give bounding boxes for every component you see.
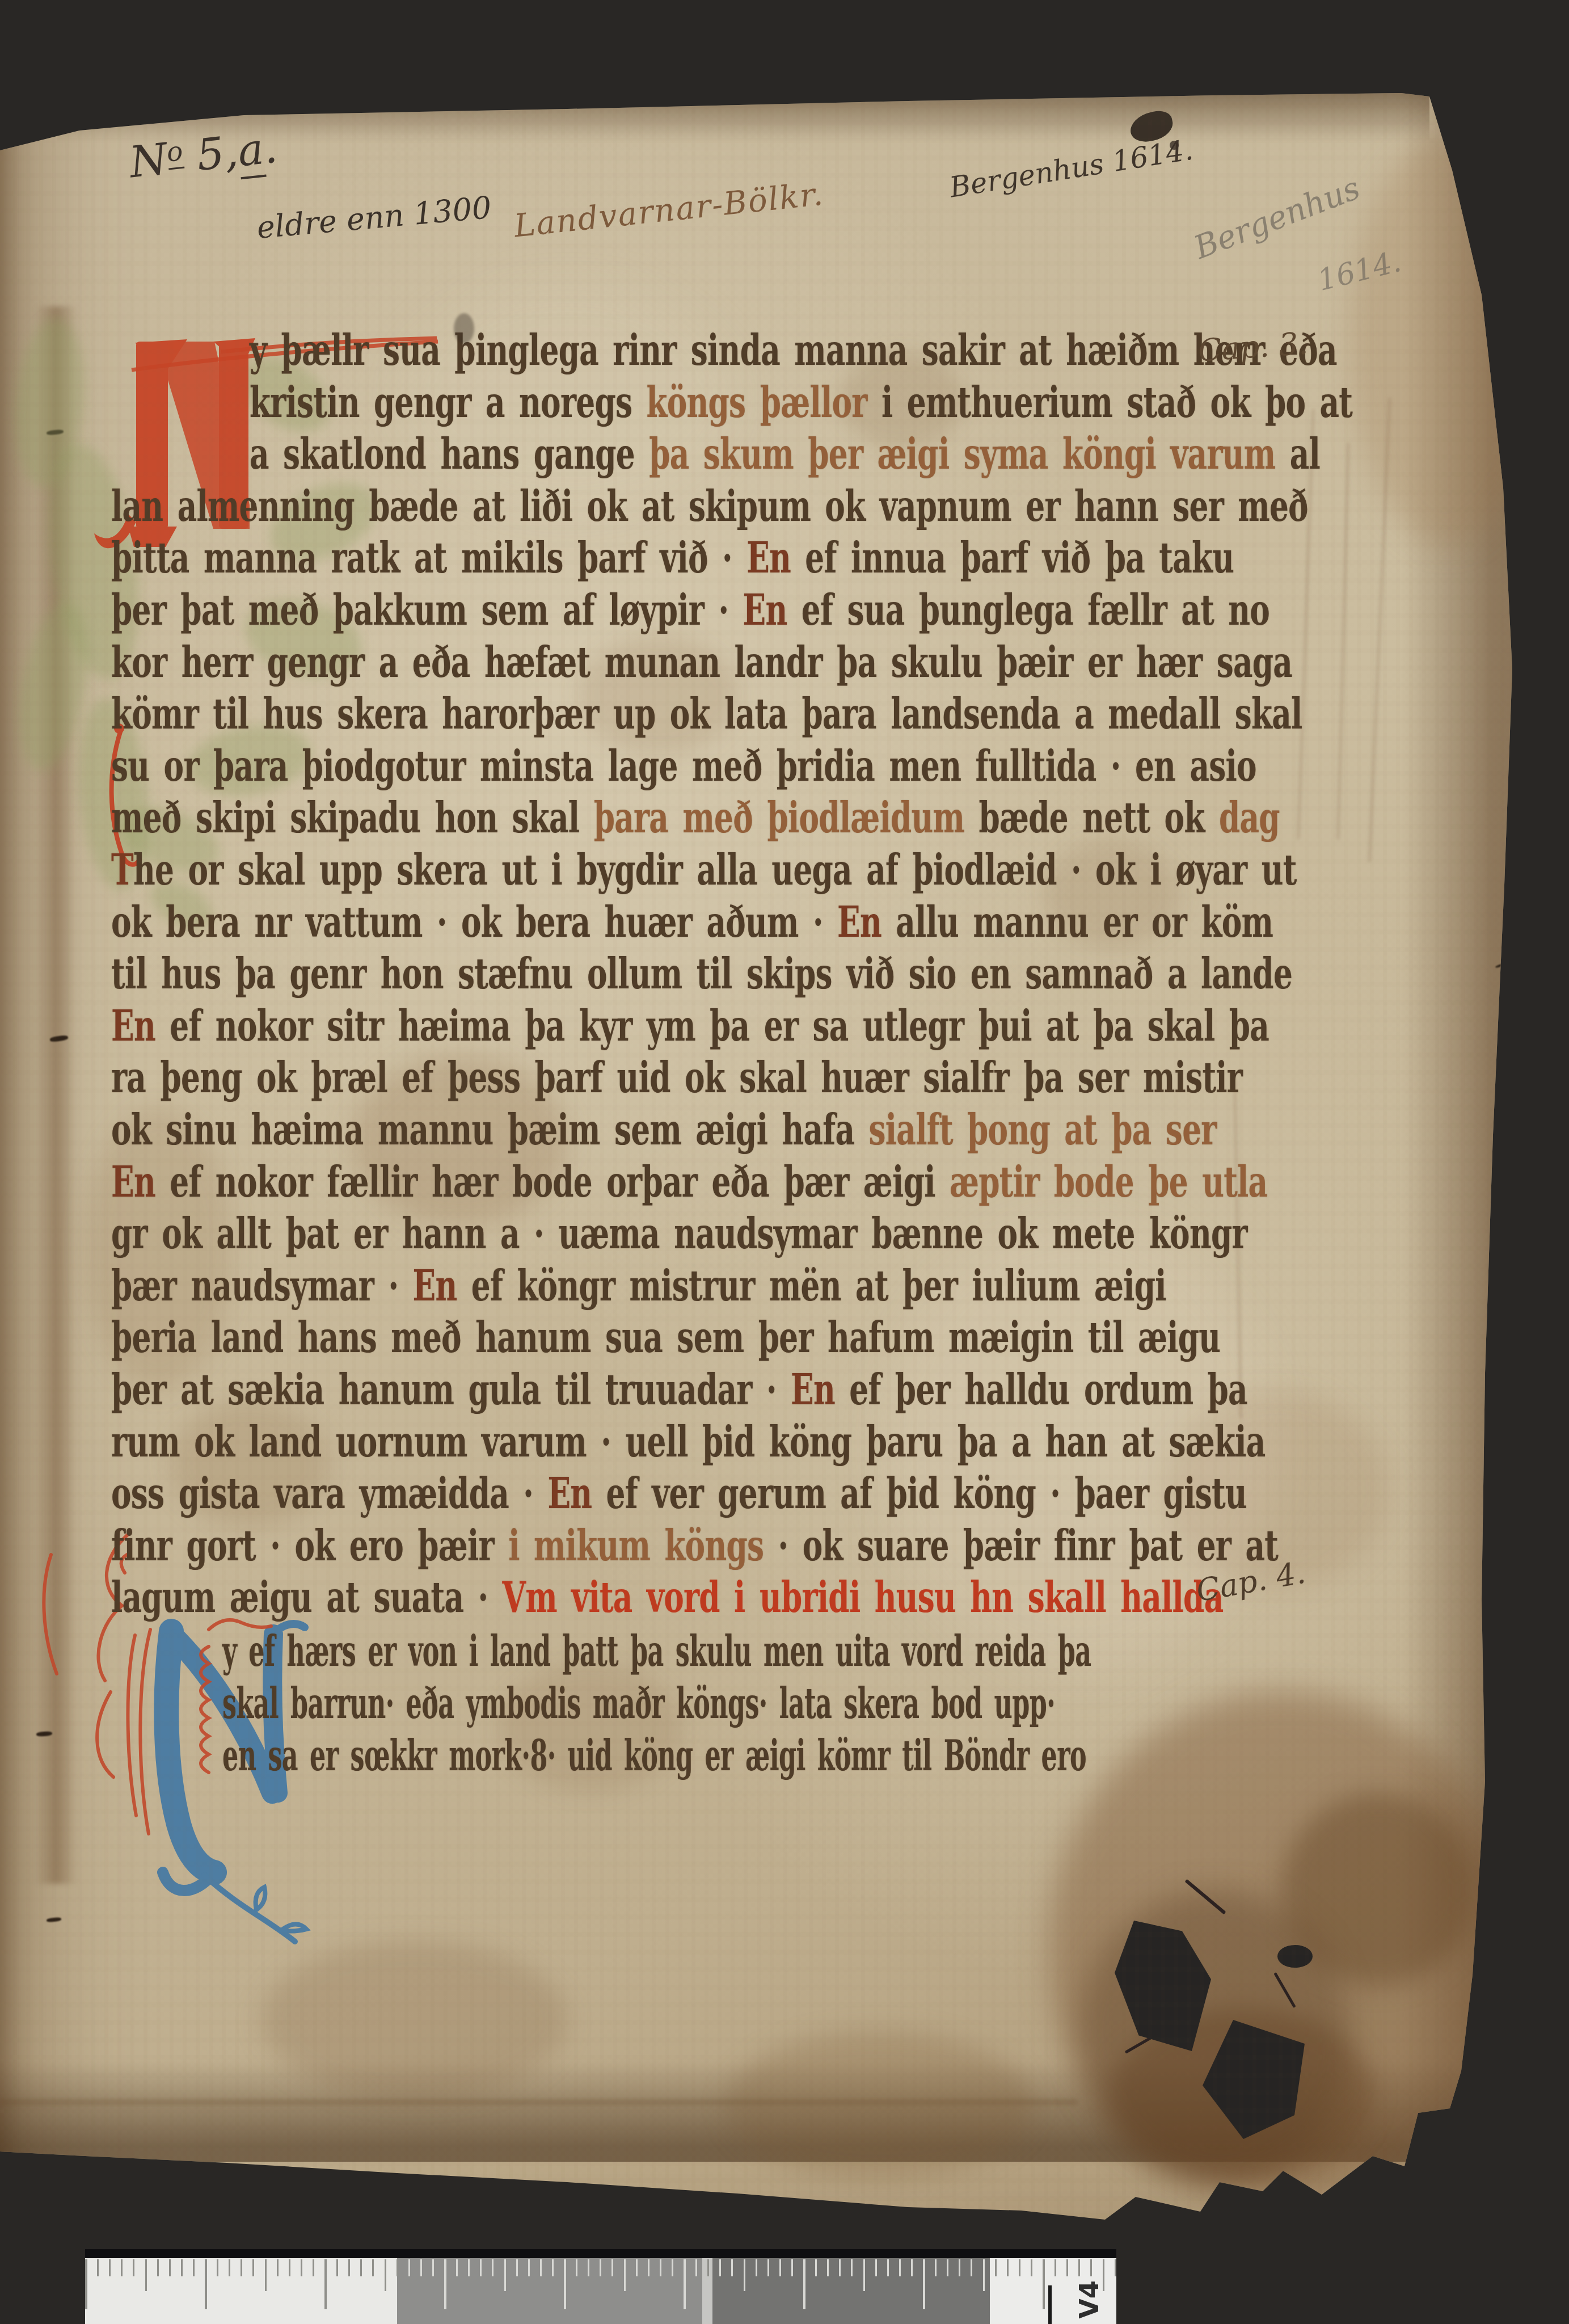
ruler-tick (899, 2259, 901, 2276)
ruler-tick (397, 2259, 398, 2276)
ruler-tick (540, 2259, 542, 2276)
ruler-tick (133, 2259, 134, 2276)
title-note-annotation: Landvarnar-Bölkr. (512, 176, 825, 245)
ruler-tick (420, 2259, 422, 2276)
ruler-tick (157, 2259, 159, 2276)
shelfmark-number: 5, (180, 126, 240, 182)
text-line: þer at sækia hanum gula til truuadar · E… (111, 1366, 1247, 1414)
manuscript-page: y þællr sua þinglega rinr sinda manna sa… (0, 0, 1569, 2324)
text-segment: þara með þiodlæidum (594, 794, 965, 843)
text-line: gr ok allt þat er hann a · uæma naudsyma… (111, 1210, 1247, 1258)
text-segment: su or þara þiodgotur minsta lage með þri… (111, 742, 1256, 791)
ruler-tick (995, 2259, 997, 2276)
text-line: The or skal upp skera ut i bygdir alla u… (111, 846, 1297, 895)
ruler-tick (480, 2259, 482, 2276)
text-segment: ok sinu hæima mannu þæim sem æigi hafa (111, 1106, 869, 1155)
ruler-tick (827, 2259, 829, 2276)
ruler-tick (983, 2259, 985, 2291)
ruler-tick (348, 2259, 350, 2276)
ruler-tick (193, 2259, 195, 2276)
text-segment: En (398, 1262, 457, 1311)
ruler-tick (959, 2259, 960, 2276)
gray-patch (397, 2258, 702, 2324)
text-line: En ef nokor fællir hær bode orþar eða þæ… (111, 1158, 1267, 1207)
ink-speck (1170, 141, 1179, 150)
text-segment: · ok suare þæir finr þat er at (764, 1522, 1278, 1571)
ruler-tick (109, 2259, 111, 2276)
ruler-tick (791, 2259, 793, 2276)
ruler-tick (648, 2259, 649, 2276)
ruler-tick (1043, 2259, 1045, 2309)
text-line: En ef nokor sitr hæima þa kyr ym þa er s… (111, 1002, 1269, 1051)
ruler-tick (360, 2259, 362, 2276)
text-line: en sa er sœkkr mork·8· uid köng er æigi … (222, 1732, 1086, 1780)
ruler-tick (564, 2259, 566, 2309)
ruler-tick (911, 2259, 913, 2276)
text-segment: þeria land hans með hanum sua sem þer ha… (111, 1313, 1220, 1362)
ruler-tick (1115, 2259, 1116, 2276)
text-segment: ef innua þarf við þa taku (791, 534, 1234, 583)
ruler-tick (468, 2259, 470, 2276)
ruler-tick (935, 2259, 937, 2276)
text-segment: En (111, 1158, 155, 1207)
text-segment: æptir bode þe utla (950, 1158, 1267, 1207)
ruler-tick (863, 2259, 865, 2291)
text-line: þitta manna ratk at mikils þarf við · En… (111, 534, 1234, 583)
ruler-tick (1031, 2259, 1032, 2276)
ruler-tick (229, 2259, 230, 2276)
ruler-tick (875, 2259, 877, 2276)
text-segment: bæde nett ok (964, 794, 1219, 843)
ruler-tick (301, 2259, 302, 2276)
text-line: þeria land hans með hanum sua sem þer ha… (111, 1313, 1220, 1362)
text-segment: skal barrun· eða ymbodis maðr köngs· lat… (222, 1679, 1055, 1728)
text-segment: allu mannu er or köm (881, 898, 1273, 947)
ruler-tick (252, 2259, 254, 2276)
ruler-tick (169, 2259, 171, 2276)
text-segment: a skatlond hans gange (250, 430, 649, 479)
ruler-tick (277, 2259, 279, 2276)
ruler-tick (217, 2259, 218, 2276)
ruler-tick (241, 2259, 242, 2276)
ruler-tick (408, 2259, 410, 2276)
text-segment: En (732, 534, 791, 583)
ruler-tick (660, 2259, 661, 2276)
text-segment: þa skum þer æigi syma köngi varum (649, 430, 1275, 479)
text-segment: i mikum köngs (508, 1522, 764, 1571)
text-line: kor herr gengr a eða hæfæt munan landr þ… (111, 638, 1292, 687)
wrinkle-line (1337, 443, 1349, 840)
age-note-annotation: eldre enn 1300 (255, 190, 493, 246)
text-segment: finr gort · ok ero þæir (111, 1522, 508, 1571)
text-segment: kor herr gengr a eða hæfæt munan landr þ… (111, 638, 1292, 687)
ruler-tick (815, 2259, 817, 2276)
ruler-tick (1090, 2259, 1092, 2276)
shelfmark-n: N (127, 133, 170, 187)
text-line: lan almenning bæde at liði ok at skipum … (111, 482, 1308, 531)
text-line: finr gort · ok ero þæir i mikum köngs · … (111, 1522, 1278, 1571)
text-line: y ef hærs er von i land þatt þa skulu me… (222, 1627, 1091, 1676)
ruler-tick (121, 2259, 123, 2276)
ruler-tick (744, 2259, 745, 2291)
text-line: su or þara þiodgotur minsta lage með þri… (111, 742, 1256, 791)
text-segment: dag (1219, 794, 1280, 843)
ruler-tick (372, 2259, 374, 2276)
ruler-tick (839, 2259, 841, 2276)
ruler-tick (611, 2259, 613, 2276)
ruler-tick (707, 2259, 709, 2276)
stain (1350, 136, 1543, 545)
provenance-pencil-annotation-1: Bergenhus (1190, 170, 1365, 267)
ruler-tick (1007, 2259, 1009, 2276)
text-segment: ra þeng ok þræl ef þess þarf uid ok skal… (111, 1054, 1242, 1102)
text-segment: ok bera nr vattum · ok bera huær aðum · (111, 898, 823, 947)
text-segment: En (533, 1470, 592, 1518)
ruler-tick (767, 2259, 769, 2276)
text-segment: til hus þa genr hon stæfnu ollum til ski… (111, 950, 1292, 999)
text-segment: en sa er sœkkr mork·8· uid köng er æigi … (222, 1732, 1086, 1780)
text-segment: En (728, 586, 787, 635)
text-segment: En (777, 1366, 835, 1414)
ruler-tick (528, 2259, 530, 2276)
ruler-tick (779, 2259, 781, 2276)
ruler-tick (672, 2259, 673, 2276)
ruler-tick (947, 2259, 948, 2276)
ruler-tick (971, 2259, 972, 2276)
sewing-slit (1500, 1037, 1510, 1042)
text-segment: i emthuerium stað ok þo at (867, 378, 1353, 427)
ruler-tick (265, 2259, 267, 2291)
ruler-tick (456, 2259, 458, 2276)
text-segment: kristin gengr a noregs (250, 378, 647, 427)
ruler-tick (731, 2259, 733, 2276)
text-line: kristin gengr a noregs köngs þællor i em… (250, 378, 1352, 427)
text-segment: En (111, 1002, 155, 1051)
ruler-top-line (85, 2249, 1116, 2258)
ruler-tick (504, 2259, 506, 2291)
text-line: þer þat með þakkum sem af løypir · En ef… (111, 586, 1269, 635)
text-segment: lagum æigu at suata · (111, 1573, 488, 1622)
ruler-tick (492, 2259, 494, 2276)
stain (261, 1940, 567, 2099)
text-segment: með skipi skipadu hon skal (111, 794, 594, 843)
text-segment: ef ver gerum af þid köng · þaer gistu (592, 1470, 1247, 1518)
text-segment: y þællr sua þinglega rinr sinda manna sa… (250, 326, 1337, 375)
sewing-slit (1491, 1277, 1499, 1282)
text-line: y þællr sua þinglega rinr sinda manna sa… (250, 326, 1337, 375)
ruler-tick (385, 2259, 386, 2291)
ruler-tick (803, 2259, 805, 2309)
ruler-tick (1078, 2259, 1080, 2276)
text-segment: ef sua þunglega fællr at no (787, 586, 1269, 635)
text-line: skal barrun· eða ymbodis maðr köngs· lat… (222, 1679, 1055, 1728)
ruler-divider-line (1048, 2285, 1052, 2324)
text-segment: En (823, 898, 881, 947)
ink-smear (454, 313, 474, 344)
ruler-tick (1066, 2259, 1068, 2276)
stain (1078, 1889, 1350, 2184)
ruler-tick (324, 2259, 327, 2309)
text-segment: T (111, 846, 133, 895)
provenance-ink-annotation: Bergenhus 1614. (947, 133, 1195, 204)
text-line: rum ok land uornum varum · uell þid köng… (111, 1418, 1266, 1467)
ruler-label: V4 (1074, 2280, 1104, 2319)
ruler-tick (756, 2259, 757, 2276)
text-segment: þer þat með þakkum sem af løypir · (111, 586, 728, 635)
ruler-tick (624, 2259, 626, 2291)
text-segment: þer at sækia hanum gula til truuadar · (111, 1366, 777, 1414)
text-line: þær naudsymar · En ef köngr mistrur mën … (111, 1262, 1166, 1311)
ruler-tick (923, 2259, 925, 2309)
text-line: ra þeng ok þræl ef þess þarf uid ok skal… (111, 1054, 1242, 1102)
text-line: lagum æigu at suata · Vm vita vord i ubr… (111, 1573, 1223, 1622)
text-segment: oss gista vara ymæidda · (111, 1470, 533, 1518)
text-segment: þitta manna ratk at mikils þarf við · (111, 534, 732, 583)
text-segment: þær naudsymar · (111, 1262, 398, 1311)
text-segment: ef nokor sitr hæima þa kyr ym þa er sa u… (155, 1002, 1269, 1051)
ruler-tick (313, 2259, 314, 2276)
ruler-tick (684, 2259, 686, 2309)
text-segment: rum ok land uornum varum · uell þid köng… (111, 1418, 1266, 1467)
text-segment: al (1275, 430, 1320, 479)
ruler-tick (516, 2259, 518, 2276)
stain (726, 2031, 1032, 2179)
text-line: a skatlond hans gange þa skum þer æigi s… (250, 430, 1320, 479)
ruler-tick (600, 2259, 601, 2276)
ruler-tick (432, 2259, 434, 2276)
ruler-tick (887, 2259, 889, 2276)
sewing-slit (1503, 1109, 1512, 1115)
chapter-3-annotation: Cap. 3. (1197, 325, 1309, 368)
text-segment: ef þer halldu ordum þa (835, 1366, 1247, 1414)
ruler-tick (289, 2259, 290, 2276)
text-line: kömr til hus skera harorþær up ok lata þ… (111, 690, 1302, 739)
text-segment: y ef hærs er von i land þatt þa skulu me… (222, 1627, 1091, 1676)
ruler-tick (576, 2259, 577, 2276)
text-segment: köngs þællor (647, 378, 867, 427)
photo-backdrop: y þællr sua þinglega rinr sinda manna sa… (0, 0, 1569, 2324)
ruler-tick (85, 2259, 87, 2309)
text-segment: lan almenning bæde at liði ok at skipum … (111, 482, 1308, 531)
text-segment: sialft þong at þa ser (869, 1106, 1217, 1155)
text-line: ok sinu hæima mannu þæim sem æigi hafa s… (111, 1106, 1217, 1155)
ruler-tick (336, 2259, 338, 2276)
ruler-tick (97, 2259, 99, 2276)
ruler-tick (636, 2259, 638, 2276)
ruler-tick (145, 2259, 147, 2291)
text-line: ok bera nr vattum · ok bera huær aðum · … (111, 898, 1273, 947)
ruler-tick (552, 2259, 554, 2276)
text-segment: ef köngr mistrur mën at þer iulium æigi (457, 1262, 1166, 1311)
text-segment: kömr til hus skera harorþær up ok lata þ… (111, 690, 1302, 739)
sewing-slit (1496, 1202, 1507, 1206)
text-line: með skipi skipadu hon skal þara með þiod… (111, 794, 1280, 843)
rubric-text: Vm vita vord i ubridi husu hn skall hall… (488, 1573, 1223, 1622)
ruler-tick (1019, 2259, 1020, 2276)
ruler-tick (851, 2259, 853, 2276)
tear-hole (1277, 1945, 1313, 1968)
ruler-tick (695, 2259, 697, 2276)
ruler-tick (1055, 2259, 1056, 2276)
ruler-tick (444, 2259, 446, 2309)
ruler-tick (205, 2259, 207, 2309)
text-line: oss gista vara ymæidda · En ef ver gerum… (111, 1470, 1247, 1518)
text-segment: ef nokor fællir hær bode orþar eða þær æ… (155, 1158, 950, 1207)
text-segment: gr ok allt þat er hann a · uæma naudsyma… (111, 1210, 1247, 1258)
ruler-tick (719, 2259, 721, 2276)
text-segment: he or skal upp skera ut i bygdir alla ue… (133, 846, 1297, 895)
text-line: til hus þa genr hon stæfnu ollum til ski… (111, 950, 1292, 999)
ruler-tick (588, 2259, 589, 2276)
ruler-tick (181, 2259, 183, 2276)
